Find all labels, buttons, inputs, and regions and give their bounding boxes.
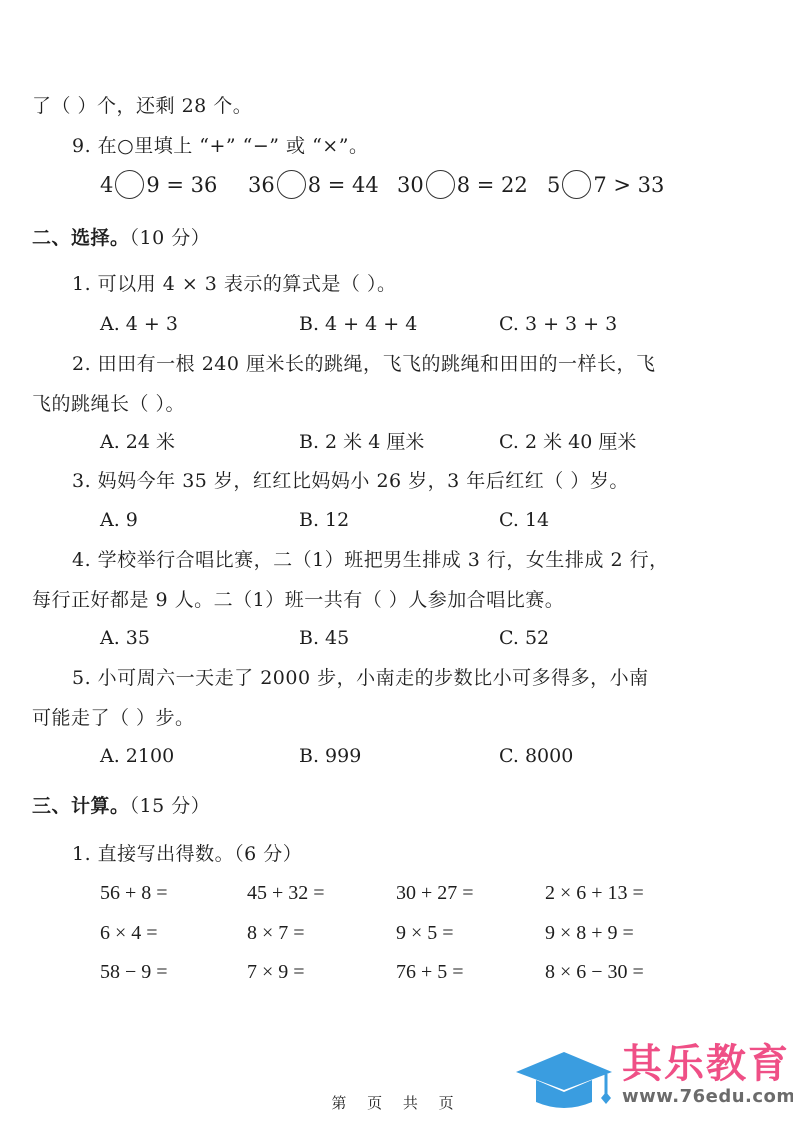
q9-item-3: 308 = 22 <box>397 170 528 201</box>
question-8-continuation: 了（ ）个，还剩 28 个。 <box>32 94 252 118</box>
calc-q1-prompt: 1. 直接写出得数。（6 分） <box>72 842 302 866</box>
choice-q1-option-a[interactable]: A. 4 + 3 <box>100 312 178 336</box>
choice-q4-option-a[interactable]: A. 35 <box>100 626 150 650</box>
calc-item: 9 × 8 + 9 = <box>545 921 634 945</box>
choice-q4-option-c[interactable]: C. 52 <box>499 626 549 650</box>
calc-item: 8 × 7 = <box>247 921 305 945</box>
choice-q5-option-c[interactable]: C. 8000 <box>499 744 573 768</box>
choice-q2-option-c[interactable]: C. 2 米 40 厘米 <box>499 430 636 454</box>
section-2-score: （10 分） <box>130 227 211 249</box>
choice-q3-text: 3. 妈妈今年 35 岁，红红比妈妈小 26 岁，3 年后红红（ ）岁。 <box>72 469 629 493</box>
question-9-prompt: 9. 在○里填上 “+” “−” 或 “×”。 <box>72 134 368 158</box>
calc-item: 8 × 6 − 30 = <box>545 960 644 984</box>
choice-q2-option-b[interactable]: B. 2 米 4 厘米 <box>299 430 424 454</box>
calc-item: 56 + 8 = <box>100 881 168 905</box>
choice-q5-option-b[interactable]: B. 999 <box>299 744 361 768</box>
fill-circle[interactable] <box>426 170 455 199</box>
q9-item-2-right: 8 = 44 <box>308 173 379 197</box>
choice-q5-text-line-2: 可能走了（ ）步。 <box>32 706 195 730</box>
choice-q3-option-b[interactable]: B. 12 <box>299 508 349 532</box>
fill-circle[interactable] <box>562 170 591 199</box>
choice-q3-option-a[interactable]: A. 9 <box>100 508 138 532</box>
q9-item-4-right: 7 > 33 <box>593 173 664 197</box>
q9-item-1: 49 = 36 <box>100 170 217 201</box>
watermark-brand: 其乐教育 <box>622 1040 790 1088</box>
calc-item: 6 × 4 = <box>100 921 158 945</box>
q9-item-1-right: 9 = 36 <box>146 173 217 197</box>
calc-item: 45 + 32 = <box>247 881 325 905</box>
q9-item-3-left: 30 <box>397 173 424 197</box>
q9-item-2-left: 36 <box>248 173 275 197</box>
q9-item-4-left: 5 <box>547 173 560 197</box>
choice-q4-text-line-1: 4. 学校举行合唱比赛，二（1）班把男生排成 3 行，女生排成 2 行， <box>72 548 669 572</box>
choice-q1-option-c[interactable]: C. 3 + 3 + 3 <box>499 312 617 336</box>
choice-q1-text: 1. 可以用 4 × 3 表示的算式是（ ）。 <box>72 272 396 296</box>
choice-q2-text-line-2: 飞的跳绳长（ ）。 <box>32 392 185 416</box>
calc-item: 7 × 9 = <box>247 960 305 984</box>
fill-circle[interactable] <box>277 170 306 199</box>
q9-item-1-left: 4 <box>100 173 113 197</box>
calc-item: 76 + 5 = <box>396 960 464 984</box>
choice-q5-option-a[interactable]: A. 2100 <box>100 744 174 768</box>
section-2-title: 二、选择。 <box>32 227 130 249</box>
section-3-title: 三、计算。 <box>32 795 130 817</box>
q9-item-3-right: 8 = 22 <box>457 173 528 197</box>
calc-item: 58 − 9 = <box>100 960 168 984</box>
calc-item: 2 × 6 + 13 = <box>545 881 644 905</box>
choice-q2-option-a[interactable]: A. 24 米 <box>100 430 175 454</box>
choice-q2-text-line-1: 2. 田田有一根 240 厘米长的跳绳，飞飞的跳绳和田田的一样长，飞 <box>72 352 656 376</box>
choice-q1-option-b[interactable]: B. 4 + 4 + 4 <box>299 312 417 336</box>
choice-q4-text-line-2: 每行正好都是 9 人。二（1）班一共有（ ）人参加合唱比赛。 <box>32 588 564 612</box>
section-3-score: （15 分） <box>130 795 211 817</box>
fill-circle[interactable] <box>115 170 144 199</box>
choice-q3-option-c[interactable]: C. 14 <box>499 508 549 532</box>
q9-item-4: 57 > 33 <box>547 170 664 201</box>
page-footer: 第 页 共 页 <box>0 1092 793 1113</box>
q9-item-2: 368 = 44 <box>248 170 379 201</box>
section-3-heading: 三、计算。（15 分） <box>32 794 210 818</box>
calc-item: 9 × 5 = <box>396 921 454 945</box>
section-2-heading: 二、选择。（10 分） <box>32 226 210 250</box>
choice-q4-option-b[interactable]: B. 45 <box>299 626 349 650</box>
calc-item: 30 + 27 = <box>396 881 474 905</box>
choice-q5-text-line-1: 5. 小可周六一天走了 2000 步，小南走的步数比小可多得多，小南 <box>72 666 649 690</box>
